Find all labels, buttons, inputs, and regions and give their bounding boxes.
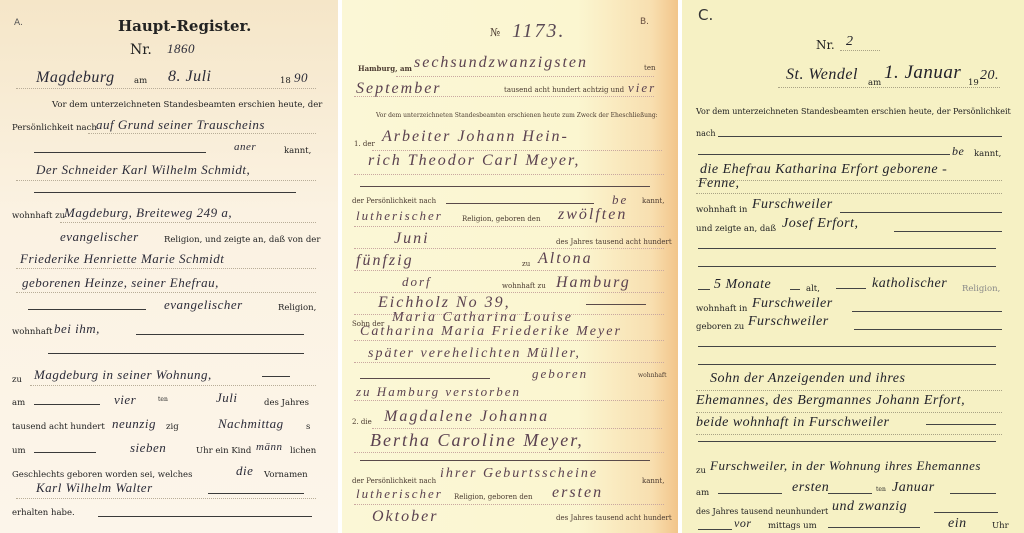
informant: Der Schneider Karl Wilhelm Schmidt,: [36, 162, 250, 178]
bride-name-line-2: Bertha Caroline Meyer,: [370, 430, 584, 451]
death-month: Januar: [892, 480, 935, 496]
marriage-year: vier: [628, 80, 656, 96]
mother-maiden-name: geborenen Heinze, seiner Ehefrau,: [22, 275, 219, 291]
register-title: Haupt-Register.: [118, 17, 251, 35]
year: 20.: [980, 68, 999, 84]
parents-line-3: beide wohnhaft in Furschweiler: [696, 415, 889, 431]
date: 8. Juli: [168, 68, 212, 86]
year: 90: [294, 70, 308, 86]
groom-name-line-1: Arbeiter Johann Hein-: [382, 128, 569, 146]
deceased-birthplace: Furschweiler: [748, 314, 829, 330]
register-number: 1173.: [512, 20, 566, 43]
informant-residence: Furschweiler: [752, 197, 833, 213]
time-of-day: Nachmittag: [218, 416, 284, 432]
panel-label: C.: [698, 6, 713, 24]
place: Magdeburg: [36, 69, 115, 87]
panel-label: A.: [14, 18, 23, 28]
deceased-name: Josef Erfort,: [782, 216, 859, 232]
marriage-day: sechsundzwanzigsten: [414, 54, 588, 72]
birthplace: Magdeburg in seiner Wohnung,: [34, 367, 212, 383]
groom-birth-month: Juni: [394, 230, 430, 248]
register-number: 1860: [167, 41, 195, 57]
groom-religion: lutherischer: [356, 208, 443, 224]
child-names: Karl Wilhelm Walter: [36, 480, 153, 496]
document-panel-b: B. № 1173. Hamburg, am sechsundzwanzigst…: [342, 0, 678, 533]
deceased-religion: katholischer: [872, 276, 947, 292]
place: St. Wendel: [786, 66, 858, 84]
birth-year: neunzig: [112, 416, 156, 432]
document-panel-a: A. Haupt-Register. Nr. 1860 Magdeburg am…: [0, 0, 338, 533]
parents-line-2: Ehemannes, des Bergmannes Johann Erfort,: [696, 393, 965, 409]
deceased-residence: Furschweiler: [752, 296, 833, 312]
residence: Magdeburg, Breiteweg 249 a,: [64, 205, 232, 221]
groom-mother-line-2: Catharina Maria Friederike Meyer: [360, 324, 622, 340]
groom-birth-day: zwölften: [558, 206, 627, 224]
birth-hour: sieben: [130, 440, 166, 456]
birth-day: vier: [114, 392, 136, 408]
bride-birth-day: ersten: [552, 484, 603, 502]
mother-residence: bei ihm,: [54, 321, 100, 337]
marriage-month: September: [356, 80, 442, 98]
groom-mother-line-3: später verehelichten Müller,: [368, 346, 581, 362]
groom-birth-year: fünfzig: [356, 252, 414, 270]
bride-name-line-1: Magdalene Johanna: [384, 408, 549, 426]
death-hour: ein: [948, 516, 967, 532]
bride-birth-month: Oktober: [372, 508, 438, 526]
death-place: Furschweiler, in der Wohnung ihres Ehema…: [710, 458, 981, 474]
document-panel-c: C. Nr. 2 St. Wendel am 1. Januar 19 20. …: [682, 0, 1024, 533]
date: 1. Januar: [884, 62, 961, 84]
groom-birthplace: Altona: [538, 250, 593, 268]
birth-month: Juli: [216, 390, 238, 406]
identification: auf Grund seiner Trauscheins: [96, 117, 265, 133]
register-number-label: №: [490, 26, 500, 39]
register-number: 2: [846, 34, 854, 50]
register-number-label: Nr.: [130, 42, 152, 58]
groom-name-line-2: rich Theodor Carl Meyer,: [368, 152, 580, 170]
deceased-age: 5 Monate: [714, 277, 771, 293]
bride-religion: lutherischer: [356, 486, 443, 502]
parents-line-1: Sohn der Anzeigenden und ihres: [710, 371, 905, 387]
panel-label: B.: [640, 17, 649, 27]
death-year: und zwanzig: [832, 499, 907, 515]
register-number-label: Nr.: [816, 38, 835, 52]
mother-name: Friederike Henriette Marie Schmidt: [20, 251, 224, 267]
groom-residence: Hamburg: [556, 274, 631, 292]
death-day: ersten: [792, 480, 829, 496]
